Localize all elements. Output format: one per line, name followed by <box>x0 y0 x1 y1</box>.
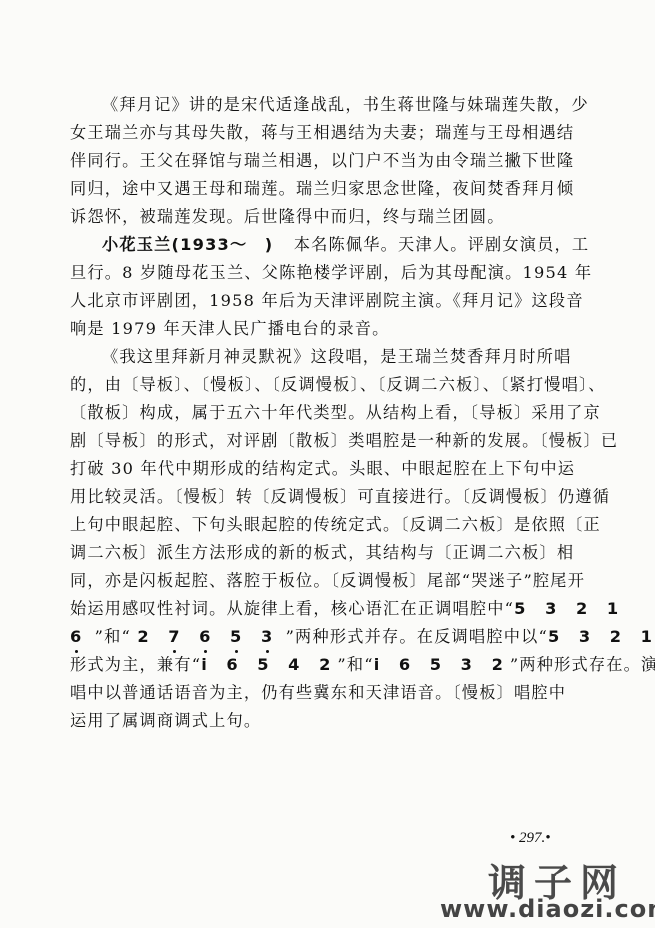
text-line: 女王瑞兰亦与其母失散，蒋与王相遇结为夫妻；瑞莲与王母相遇结 <box>70 120 574 146</box>
performer-name: 小花玉兰(1933～ ) <box>102 235 273 254</box>
jianpu-notation: 2 7 6 5 3 <box>137 627 279 646</box>
jianpu-notation: 5 3 2 1 6 <box>548 627 655 646</box>
watermark-url: www.diaozi.com <box>440 895 655 923</box>
text-span: ”两种形式存在。演 <box>510 655 655 674</box>
text-line: 旦行。8 岁随母花玉兰、父陈艳楼学评剧，后为其母配演。1954 年 <box>70 260 592 286</box>
text-line: 《拜月记》讲的是宋代适逢战乱，书生蒋世隆与妹瑞莲失散，少 <box>102 92 589 118</box>
text-line: 的，由〔导板〕、〔慢板〕、〔反调慢板〕、〔反调二六板〕、〔紧打慢唱〕、 <box>70 372 606 398</box>
jianpu-note-low: 6 <box>70 624 88 650</box>
text-line: 伴同行。王父在驿馆与瑞兰相遇，以门户不当为由令瑞兰撇下世隆 <box>70 148 574 174</box>
text-span: ”两种形式并存。在反调唱腔中以“ <box>286 627 548 646</box>
text-line: 同，亦是闪板起腔、落腔于板位。〔反调慢板〕尾部“哭迷子”腔尾开 <box>70 568 585 594</box>
text-line: 始运用感叹性衬词。从旋律上看，核心语汇在正调唱腔中“5 3 2 1 <box>70 596 625 622</box>
text-line: 用比较灵活。〔慢板〕转〔反调慢板〕可直接进行。〔反调慢板〕仍遵循 <box>70 484 610 510</box>
text-line: 剧〔导板〕的形式，对评剧〔散板〕类唱腔是一种新的发展。〔慢板〕已 <box>70 428 618 454</box>
text-span: 形式为主，兼有“ <box>70 655 201 674</box>
text-line: 响是 1979 年天津人民广播电台的录音。 <box>70 316 390 342</box>
text-span: ”和“ <box>337 655 373 674</box>
text-line: 《我这里拜新月神灵默祝》这段唱，是王瑞兰焚香拜月时所唱 <box>102 344 571 370</box>
jianpu-notation: i 6 5 4 2 <box>201 655 337 674</box>
text-line: 形式为主，兼有“i 6 5 4 2”和“i 6 5 3 2”两种形式存在。演 <box>70 652 655 678</box>
text-line: 〔散板〕构成，属于五六十年代类型。从结构上看，〔导板〕采用了京 <box>70 400 601 426</box>
text-line: 打破 30 年代中期形成的结构定式。头眼、中眼起腔在上下句中运 <box>70 456 575 482</box>
text-span: ”和“ <box>95 627 131 646</box>
text-line: 诉怨怀，被瑞莲发现。后世隆得中而归，终与瑞兰团圆。 <box>70 204 505 230</box>
text-span: 始运用感叹性衬词。从旋律上看，核心语汇在正调唱腔中“ <box>70 599 514 618</box>
biography-line: 小花玉兰(1933～ ) 本名陈佩华。天津人。评剧女演员，工 <box>102 232 589 258</box>
jianpu-notation: i 6 5 3 2 <box>374 655 510 674</box>
text-line: 6 ”和“ 2 7 6 5 3 ”两种形式并存。在反调唱腔中以“5 3 2 1 … <box>70 624 655 650</box>
jianpu-notation: 5 3 2 1 <box>514 599 625 618</box>
text-line: 唱中以普通话语音为主，仍有些冀东和天津语音。〔慢板〕唱腔中 <box>70 680 566 706</box>
text-line: 运用了属调商调式上句。 <box>70 708 261 734</box>
text-line: 调二六板〕派生方法形成的新的板式，其结构与〔正调二六板〕相 <box>70 540 574 566</box>
text-line: 上句中眼起腔、下句头眼起腔的传统定式。〔反调二六板〕是依照〔正 <box>70 512 601 538</box>
text-line: 人北京市评剧团，1958 年后为天津评剧院主演。《拜月记》这段音 <box>70 288 584 314</box>
page-number: • 297.• <box>510 830 551 847</box>
text-line: 同归，途中又遇王母和瑞莲。瑞兰归家思念世隆，夜间焚香拜月倾 <box>70 176 574 202</box>
text-span: 本名陈佩华。天津人。评剧女演员，工 <box>294 235 590 254</box>
